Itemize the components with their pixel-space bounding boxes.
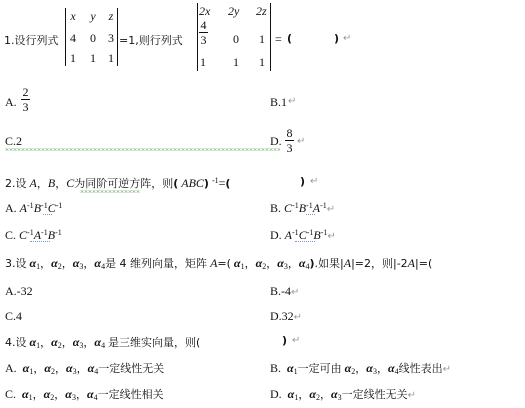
spell-dots	[43, 213, 52, 215]
q3-option-d: D.32↵	[270, 309, 302, 324]
answer-paren-close: )	[300, 175, 305, 188]
det1-cell: z	[104, 9, 118, 24]
grammar-squiggle	[5, 148, 280, 151]
q3-option-c: C.4	[5, 309, 22, 324]
det1-cell: 1	[104, 51, 118, 66]
det2-cell: 1	[259, 32, 265, 47]
det1-cell: 4	[66, 31, 80, 46]
answer-paren-close: )	[282, 334, 287, 347]
det2-fraction: 4 3	[199, 19, 208, 46]
q4-stem: 4.设 α1，α2，α3，α4 是三维实向量，则(	[5, 334, 200, 350]
q1-middle: =1,则行列式	[119, 32, 183, 48]
q1-option-d-fraction: 8 3	[285, 127, 294, 154]
q2-stem: 2.设 A，B，C为同阶可逆方阵，则( ABC) -1=(	[5, 175, 230, 191]
answer-paren-open: (	[287, 32, 292, 45]
q3-stem: 3.设 α1，α2，α3，α4是 4 维列向量，矩阵 A=( α1，α2，α3，…	[5, 255, 432, 271]
q1-option-a-label: A.	[5, 95, 17, 110]
q4-option-a: A. α1，α2，α3，α4一定线性无关	[5, 360, 164, 376]
paragraph-mark-icon: ↵	[310, 176, 318, 187]
det2-cell: 1	[233, 55, 239, 70]
det1-cell: x	[66, 9, 80, 24]
det1-cell: 3	[104, 31, 118, 46]
det2-right-bar	[270, 3, 271, 71]
paragraph-mark-icon: ↵	[343, 33, 351, 44]
q3-option-a: A.-32	[5, 284, 33, 299]
det2-left-bar	[197, 3, 198, 71]
q1-equals: =	[275, 32, 282, 47]
q1-prefix: 1.设行列式	[4, 32, 59, 48]
det1-cell: 1	[66, 51, 80, 66]
q1-option-c: C.2	[5, 134, 22, 149]
det1-cell: y	[86, 9, 100, 24]
q4-option-d: D. α1，α2，α3一定线性无关↵	[270, 386, 416, 402]
q1-option-b: B.1	[270, 95, 287, 110]
q3-option-b: B.-4↵	[270, 284, 299, 299]
spell-dots	[30, 240, 50, 242]
q2-option-b: B. C-1B-1A-1↵	[270, 201, 335, 216]
det2-cell: 1	[259, 55, 265, 70]
q4-option-c: C. α1，α2，α3，α4一定线性相关	[5, 386, 164, 402]
det2-cell: 2z	[256, 4, 267, 19]
q4-option-b: B. α1一定可由 α2，α3，α4线性表出↵	[270, 360, 451, 376]
paragraph-mark-icon: ↵	[292, 335, 300, 346]
q2-option-a: A. A-1B-1C-1	[5, 201, 62, 216]
paragraph-mark-icon: ↵	[297, 136, 305, 147]
q1-option-d-label: D.	[270, 134, 282, 149]
det1-cell: 0	[86, 31, 100, 46]
answer-paren-close: )	[334, 32, 339, 45]
det2-cell: 1	[200, 55, 206, 70]
det2-cell: 2x	[199, 4, 210, 19]
paragraph-mark-icon: ↵	[288, 96, 296, 107]
det1-cell: 1	[86, 51, 100, 66]
spell-dots	[306, 213, 315, 215]
det2-cell: 2y	[228, 4, 239, 19]
grammar-squiggle	[80, 190, 140, 193]
det2-cell: 0	[233, 32, 239, 47]
spell-dots	[295, 240, 315, 242]
q1-option-a-fraction: 2 3	[21, 86, 30, 113]
